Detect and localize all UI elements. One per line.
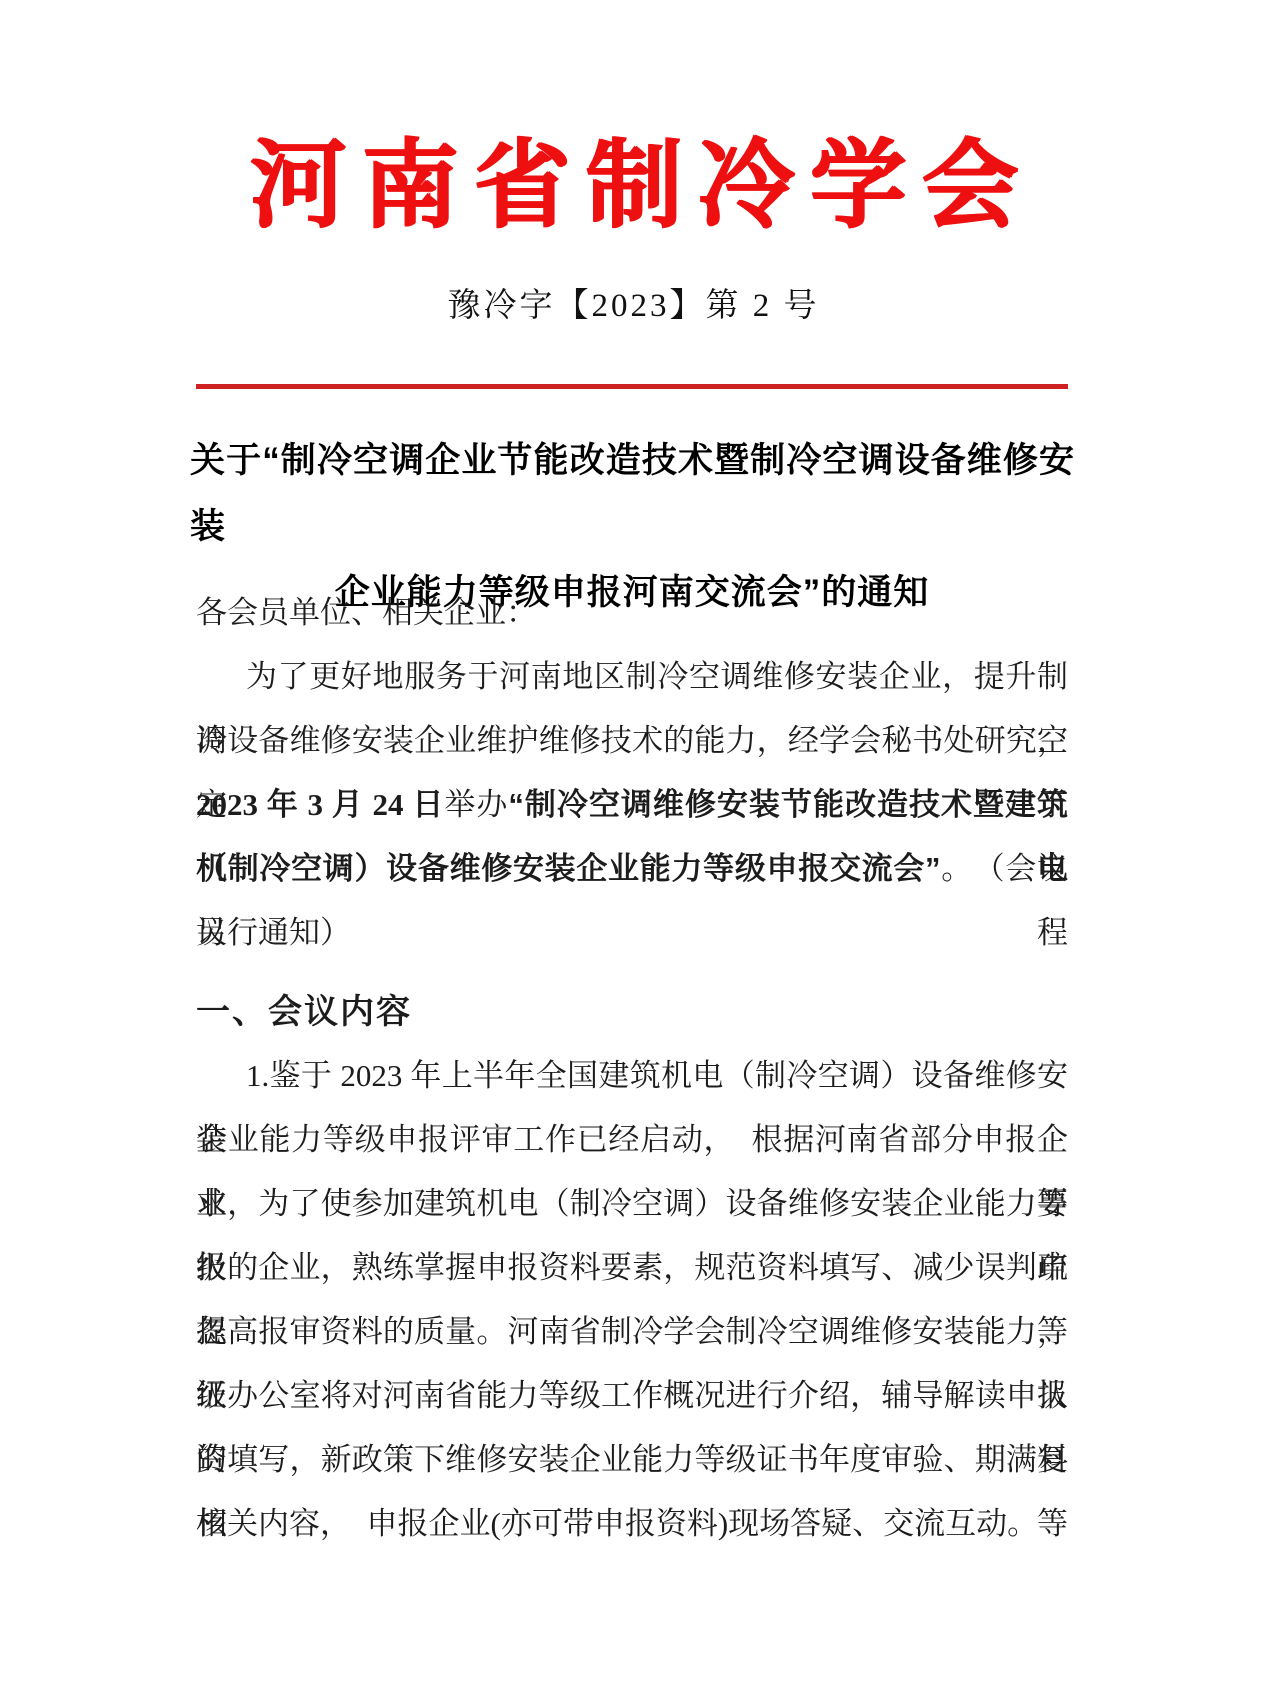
section-1-line-4: 报的企业，熟练掌握申报资料要素，规范资料填写、减少误判疏忽，: [196, 1236, 1068, 1300]
paragraph-1-line-1: 为了更好地服务于河南地区制冷空调维修安装企业，提升制冷空: [196, 645, 1068, 709]
red-divider-line: [196, 384, 1068, 389]
section-1-heading: 一、会议内容: [196, 980, 1068, 1044]
section-1-line-6: 证办公室将对河南省能力等级工作概况进行介绍，辅导解读申报资料: [196, 1364, 1068, 1428]
section-1-line-2: 企业能力等级申报评审工作已经启动， 根据河南省部分申报企业要: [196, 1108, 1068, 1172]
notice-body: 各会员单位、相关企业： 为了更好地服务于河南地区制冷空调维修安装企业，提升制冷空…: [196, 581, 1068, 1556]
organization-name: 河南省制冷学会: [0, 137, 1267, 233]
section-1-line-8: 相关内容， 申报企业(亦可带申报资料)现场答疑、交流互动。: [196, 1492, 1068, 1556]
paragraph-1-line-3: 2023 年 3 月 24 日举办“制冷空调维修安装节能改造技术暨建筑机电: [196, 773, 1068, 837]
section-1-line-3: 求，为了使参加建筑机电（制冷空调）设备维修安装企业能力等级申: [196, 1172, 1068, 1236]
section-1-line-5: 提高报审资料的质量。河南省制冷学会制冷空调维修安装能力等级认: [196, 1300, 1068, 1364]
paragraph-1-line-4: （制冷空调）设备维修安装企业能力等级申报交流会”。 （会议议程: [196, 837, 1068, 901]
notice-title-line-1: 关于“制冷空调企业节能改造技术暨制冷空调设备维修安装: [190, 428, 1074, 560]
paragraph-1-line-2: 调设备维修安装企业维护维修技术的能力，经学会秘书处研究，定于: [196, 709, 1068, 773]
section-1-line-1: 1.鉴于 2023 年上半年全国建筑机电（制冷空调）设备维修安装: [196, 1044, 1068, 1108]
meeting-date-text: 2023 年 3 月 24 日: [196, 787, 444, 822]
document-reference-number: 豫冷字【2023】第 2 号: [0, 286, 1267, 326]
document-page: 河南省制冷学会 豫冷字【2023】第 2 号 关于“制冷空调企业节能改造技术暨制…: [0, 0, 1267, 1683]
salutation-line: 各会员单位、相关企业：: [196, 581, 1068, 645]
meeting-name-part-2: （制冷空调）设备维修安装企业能力等级申报交流会”: [196, 851, 941, 886]
paragraph-1-line-3-mid: 举办: [444, 787, 508, 822]
section-1-line-7: 的填写，新政策下维修安装企业能力等级证书年度审验、期满复核等: [196, 1428, 1068, 1492]
